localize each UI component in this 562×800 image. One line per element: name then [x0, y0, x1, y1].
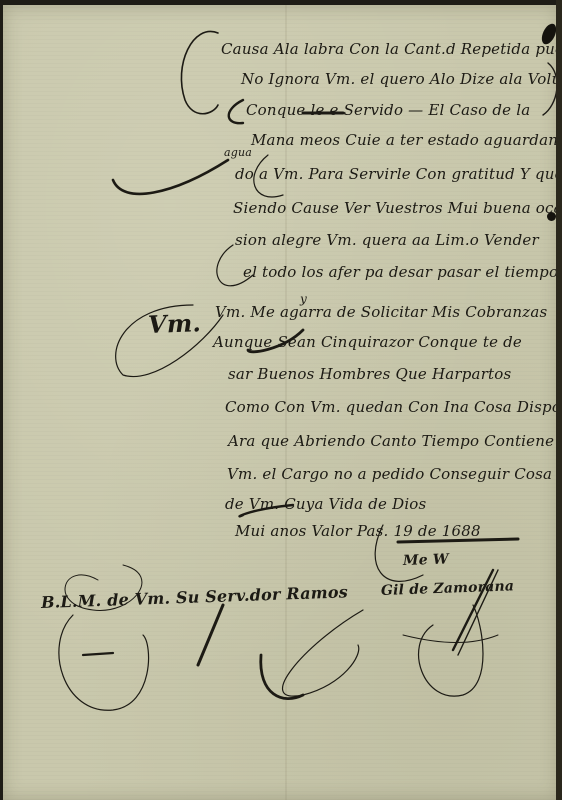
manuscript-line-8: el todo los afer pa desar pasar el tiemp…	[243, 263, 558, 281]
paragraph-line-8-date: Mui anos Valor Pas. 19 de 1688	[235, 522, 481, 540]
paragraph-line-5: Ara que Abriendo Canto Tiempo Contiene	[228, 432, 554, 450]
signature-left: B.L.M. de Vm. Su Serv.dor Ramos	[41, 582, 349, 612]
paragraph-line-3: sar Buenos Hombres Que Harpartos	[228, 365, 511, 383]
manuscript-page: Causa Ala labra Con la Cant.d Repetida p…	[3, 5, 559, 800]
signature-right: Gil de Zamorana	[381, 578, 515, 599]
manuscript-line-1: Causa Ala labra Con la Cant.d Repetida p…	[221, 40, 562, 58]
paragraph-line-1: Vm. Me agarra de Solicitar Mis Cobranzas	[215, 303, 547, 321]
paragraph-line-2: Aunque Sean Cinquirazor Conque te de	[213, 333, 522, 351]
manuscript-line-4: Mana meos Cuie a ter estado aguardan	[251, 131, 558, 149]
manuscript-line-2: No Ignora Vm. el quero Alo Dize ala Volu…	[241, 70, 562, 88]
manuscript-line-5: do a Vm. Para Servirle Con gratitud Y qu…	[235, 165, 562, 183]
manuscript-line-3: Conque le e Servido — El Caso de la	[246, 101, 530, 119]
signature-right-top: Me W	[403, 551, 449, 569]
margin-note: agua	[224, 144, 252, 162]
manuscript-line-6: Siendo Cause Ver Vuestros Mui buena oca	[233, 199, 562, 217]
paragraph-line-4: Como Con Vm. quedan Con Ina Cosa Dispone	[225, 398, 562, 416]
paragraph-line-7: de Vm. Cuya Vida de Dios	[225, 495, 426, 513]
manuscript-line-7: sion alegre Vm. quera aa Lim.o Vender	[235, 231, 539, 249]
scan-border	[556, 0, 562, 800]
left-initials: Vm.	[147, 308, 201, 339]
paragraph-line-6: Vm. el Cargo no a pedido Conseguir Cosa …	[227, 465, 562, 483]
